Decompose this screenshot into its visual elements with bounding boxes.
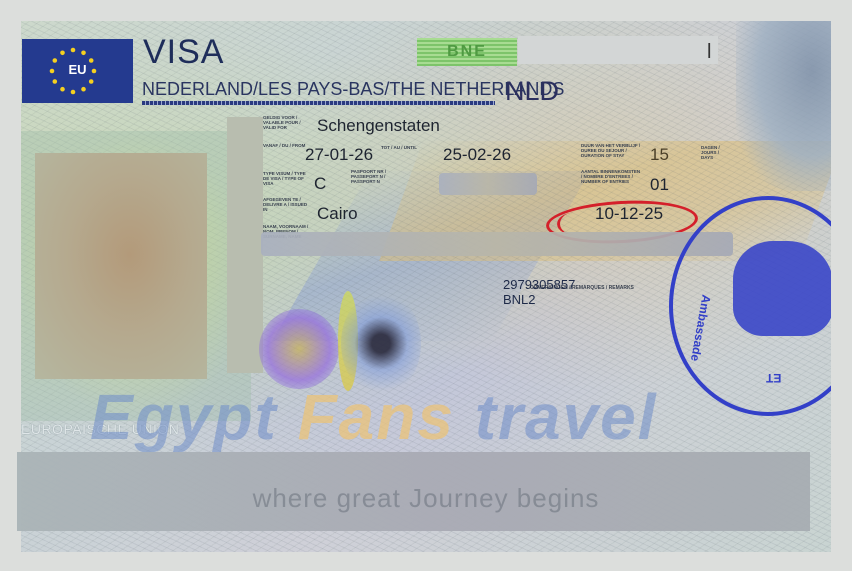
- country-code: NLD: [505, 76, 559, 107]
- visa-number-suffix: l: [707, 41, 711, 64]
- green-number-stamp: BNE: [417, 38, 517, 66]
- eu-badge-label: EU: [22, 62, 133, 77]
- redacted-visa-number: [518, 36, 718, 64]
- brand-tagline: where great Journey begins: [0, 483, 852, 514]
- brand-watermark: Egypt Fans travel: [90, 380, 658, 454]
- redacted-photo: [35, 153, 207, 379]
- eu-flag: EU: [22, 39, 133, 103]
- visa-title: VISA: [143, 33, 224, 72]
- issuing-country: NEDERLAND/LES PAYS-BAS/THE NETHERLANDS: [142, 79, 564, 100]
- redacted-photo-strip: [227, 117, 263, 373]
- label-from: VANAF / DU / FROM: [263, 143, 309, 148]
- watermark-travel: travel: [475, 381, 658, 453]
- watermark-egypt: Egypt: [90, 381, 278, 453]
- hologram-eu: [259, 309, 339, 389]
- value-entries: 01: [650, 175, 669, 195]
- value-visa-type: C: [314, 174, 326, 194]
- stamp-text-bottom: ET: [766, 371, 781, 385]
- label-passport: PASPOORT Nr / PASSEPORT N / PASSPORT N: [351, 169, 397, 184]
- label-days: DAGEN / JOURS / DAYS: [701, 145, 727, 160]
- label-issued-in: AFGEGEVEN TE / DELIVRE A / ISSUED IN: [263, 197, 309, 212]
- label-valid-for: GELDIG VOOR / VALABLE POUR / VALID FOR: [263, 115, 309, 130]
- redacted-passport-number: [439, 173, 537, 195]
- value-from: 27-01-26: [305, 145, 373, 165]
- coat-of-arms-icon: [733, 241, 831, 336]
- value-issued-in: Cairo: [317, 204, 358, 224]
- redacted-holder-name: [261, 232, 733, 256]
- microprint-line: [142, 101, 495, 105]
- value-until: 25-02-26: [443, 145, 511, 165]
- value-valid-for: Schengenstaten: [317, 116, 440, 136]
- value-duration: 15: [650, 145, 669, 165]
- label-entries: AANTAL BINNENKOMSTEN / NOMBRE D'ENTREES …: [581, 169, 641, 184]
- value-remarks-code: BNL2: [503, 292, 536, 307]
- label-until: TOT / AU / UNTIL: [381, 145, 427, 150]
- value-remarks-number: 2979305857: [503, 277, 575, 292]
- security-pattern: [736, 21, 831, 191]
- watermark-fans: Fans: [298, 381, 455, 453]
- label-duration: DUUR VAN HET VERBLIJF / DUREE DU SEJOUR …: [581, 143, 641, 158]
- label-visa-type: TYPE VISUM / TYPE DE VISA / TYPE OF VISA: [263, 171, 309, 186]
